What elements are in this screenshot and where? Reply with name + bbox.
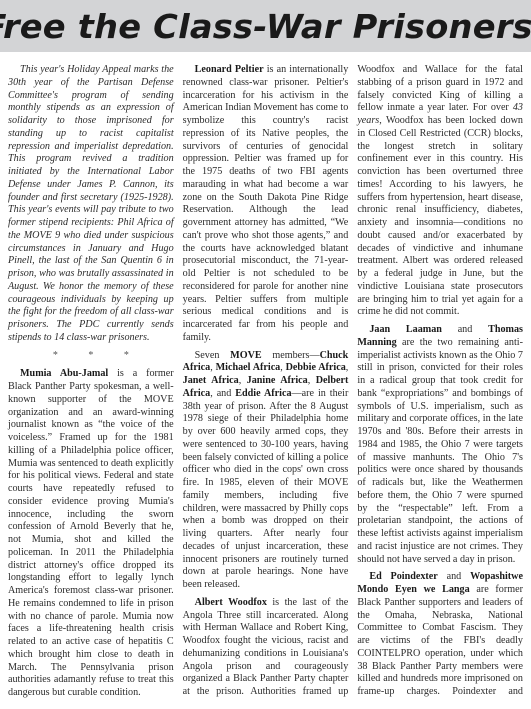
prisoner-name: Jaan Laaman [369,324,442,335]
section-separator: * * * [8,350,174,363]
title-banner: Free the Class-War Prisoners! [0,0,531,52]
paragraph-move: Seven MOVE members—Chuck Africa, Michael… [183,350,349,592]
paragraph-ohio7: Jaan Laaman and Thomas Manning are the t… [357,324,523,566]
prisoner-name: Janine Africa [247,375,308,386]
prisoner-name: Albert Woodfox [195,597,267,608]
prisoner-name: Eddie Africa [235,388,291,399]
prisoner-name: Debbie Africa [286,362,346,373]
prisoner-name: Ed Poindexter [369,571,437,582]
intro-paragraph: This year's Holiday Appeal marks the 30t… [8,64,174,345]
prisoner-name: Mumia Abu-Jamal [20,368,108,379]
organization-name: MOVE [230,350,262,361]
prisoner-name: Michael Africa [216,362,281,373]
article-body: This year's Holiday Appeal marks the 30t… [8,64,523,704]
prisoner-name: Janet Africa [183,375,239,386]
prisoner-name: Leonard Peltier [195,64,264,75]
page-title: Free the Class-War Prisoners! [0,7,531,46]
paragraph-mumia: Mumia Abu-Jamal is a former Black Panthe… [8,368,174,700]
paragraph-peltier: Leonard Peltier is an internationally re… [183,64,349,345]
